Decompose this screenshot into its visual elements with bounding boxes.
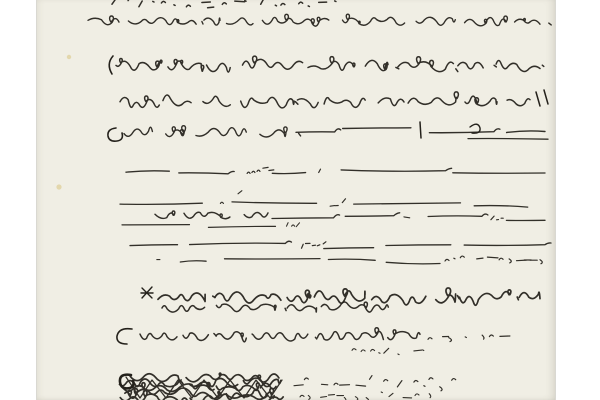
ink-line-scrawl — [158, 288, 540, 305]
foxing-spot — [56, 184, 61, 189]
foxing-spot — [67, 55, 71, 59]
ink-line-scrawl — [116, 56, 544, 72]
ink-line-dashline — [120, 199, 528, 207]
ink-writing-layer — [0, 0, 600, 400]
ink-line-scrawl — [88, 14, 551, 26]
p-loop-mark — [108, 128, 123, 141]
ink-line-dashline — [126, 167, 545, 173]
ink-line-dashline — [468, 139, 548, 140]
ink-line-marks — [112, 0, 336, 8]
ink-line-scrawl — [124, 126, 301, 137]
vertical-tick-mark — [420, 122, 421, 138]
ink-line-marks — [238, 191, 242, 194]
ink-line-marks — [294, 376, 456, 391]
c-loop-mark — [117, 329, 132, 344]
ink-line-marks — [352, 348, 424, 354]
ink-line-scrawl — [120, 92, 530, 108]
ink-line-scrawl — [162, 302, 388, 312]
double-slash-mark — [536, 90, 548, 106]
manuscript-photo — [0, 0, 600, 400]
ink-line-scrawl — [155, 211, 268, 219]
ink-line-dashline — [157, 259, 440, 264]
open-paren-mark — [109, 56, 113, 74]
ink-line-scrawl — [140, 328, 420, 342]
ink-line-marks — [428, 335, 510, 342]
ink-line-marks — [445, 256, 542, 264]
star-mark — [141, 287, 153, 298]
ink-line-dashline — [130, 241, 551, 248]
ink-line-dashline — [272, 213, 545, 221]
ink-line-marks — [300, 392, 431, 400]
ink-line-dashline — [122, 223, 300, 228]
ink-line-dense — [120, 373, 284, 400]
